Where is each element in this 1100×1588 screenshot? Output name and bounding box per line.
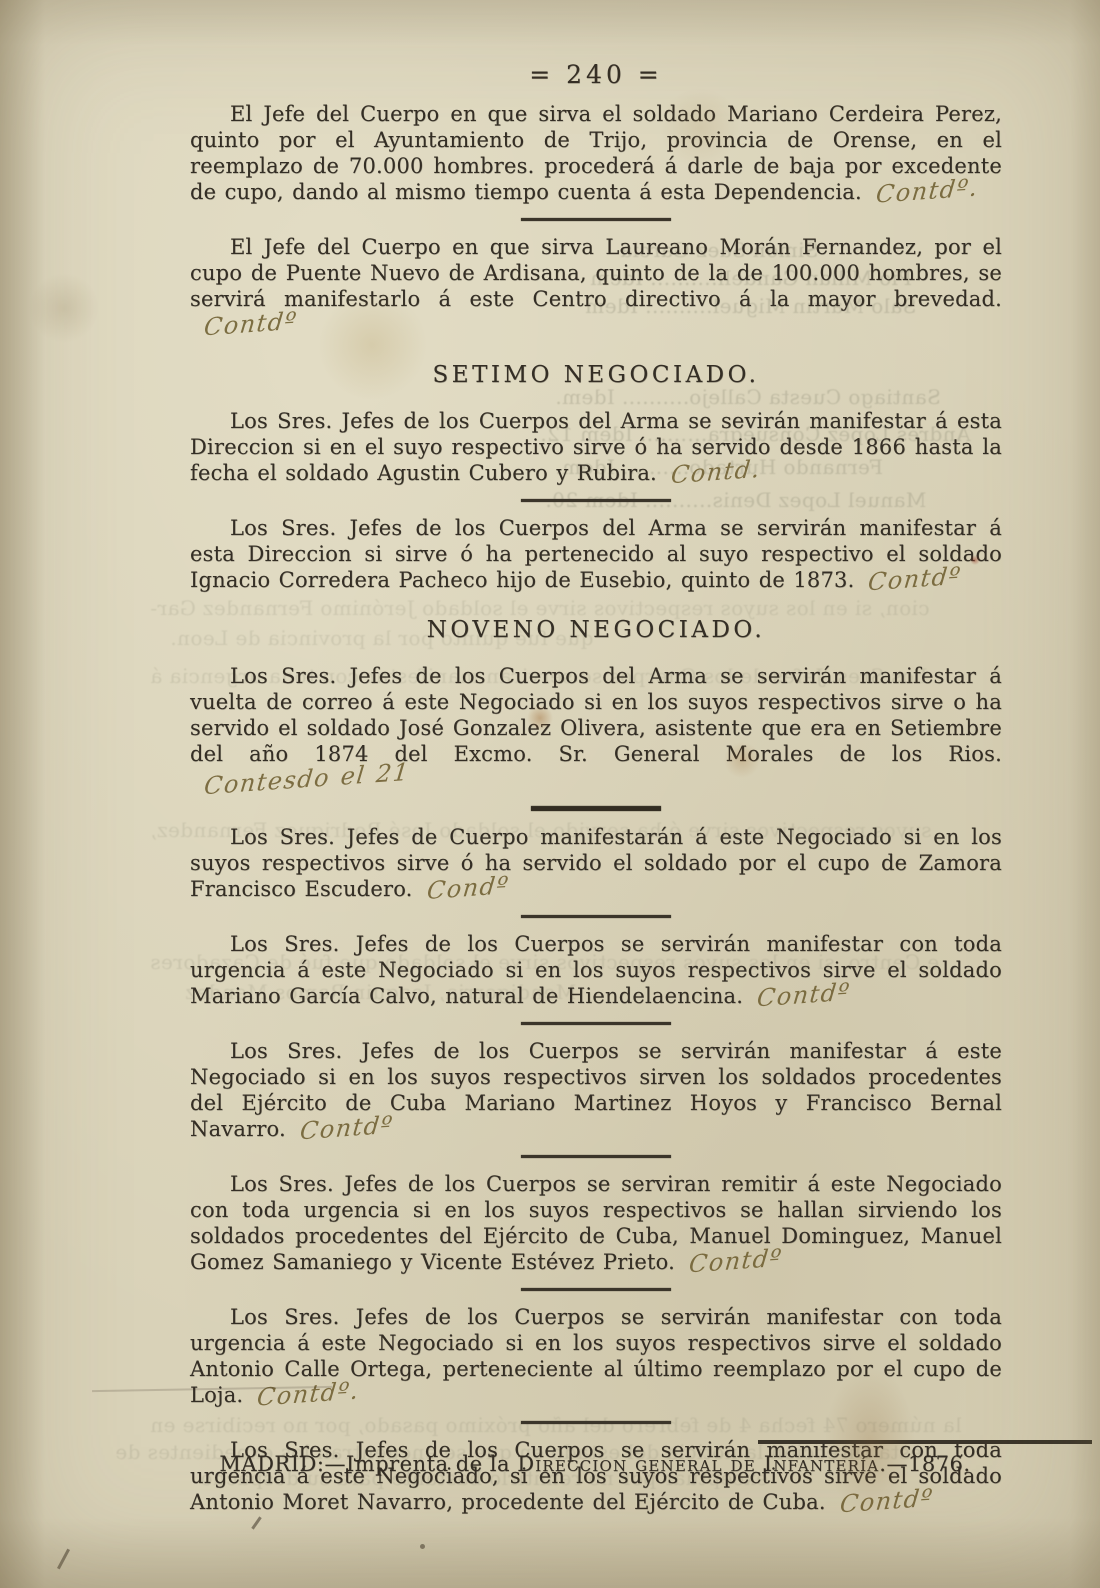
section-divider [521, 499, 671, 502]
paragraph-text: El Jefe del Cuerpo en que sirva Laureano… [190, 235, 1002, 311]
handwritten-note: Contdº [688, 1248, 783, 1275]
section-heading-setimo-negociado: SETIMO NEGOCIADO. [190, 362, 1002, 388]
paragraph-text: Los Sres. Jefes de los Cuerpos del Arma … [190, 409, 1002, 485]
handwritten-note: Contdº [839, 1488, 934, 1515]
section-divider [521, 1421, 671, 1424]
section-divider [521, 218, 671, 221]
paragraph: Los Sres. Jefes de los Cuerpos se servir… [190, 1437, 1002, 1515]
paragraph-text: Los Sres. Jefes de los Cuerpos se servir… [190, 932, 1002, 1008]
section-divider [521, 1288, 671, 1291]
paragraph: Los Sres. Jefes de los Cuerpos del Arma … [190, 515, 1002, 593]
ink-mark [57, 1549, 70, 1570]
paragraph: Los Sres. Jefes de los Cuerpos se servir… [190, 1171, 1002, 1275]
imprint-year: .—1876. [879, 1452, 970, 1476]
imprint-footer: MADRID:—Imprenta de la Direccion general… [170, 1452, 1020, 1476]
handwritten-note: Contdº [299, 1115, 394, 1142]
paragraph: Los Sres. Jefes de los Cuerpos del Arma … [190, 408, 1002, 486]
handwritten-note: Contdº [756, 982, 851, 1009]
imprint-prefix: MADRID:—Imprenta de la [219, 1452, 517, 1476]
paragraph: Los Sres. Jefes de los Cuerpos del Arma … [190, 663, 1002, 793]
section-divider [521, 915, 671, 918]
handwritten-note: Contdº [203, 311, 298, 338]
handwritten-note: Contdº. [256, 1380, 361, 1407]
section-divider [531, 806, 661, 811]
paragraph: El Jefe del Cuerpo en que sirva Laureano… [190, 234, 1002, 338]
paragraph: Los Sres. Jefes de los Cuerpos se servir… [190, 1038, 1002, 1142]
text-column: = 240 = El Jefe del Cuerpo en que sirva … [190, 60, 1002, 1515]
handwritten-note: Contdº. [875, 177, 980, 204]
ink-mark [251, 1516, 261, 1529]
paragraph-text: Los Sres. Jefes de Cuerpo manifestarán á… [190, 825, 1002, 901]
section-divider [521, 1022, 671, 1025]
page-number: = 240 = [190, 60, 1002, 89]
paragraph: Los Sres. Jefes de los Cuerpos se servir… [190, 1304, 1002, 1408]
paragraph-text: Los Sres. Jefes de los Cuerpos se servir… [190, 1172, 1002, 1274]
paragraph: Los Sres. Jefes de los Cuerpos se servir… [190, 931, 1002, 1009]
paragraph: Los Sres. Jefes de Cuerpo manifestarán á… [190, 824, 1002, 902]
paragraph: El Jefe del Cuerpo en que sirva el solda… [190, 101, 1002, 205]
handwritten-note: Contesdo el 21 [203, 762, 411, 797]
handwritten-note: Condº [426, 875, 510, 901]
scanned-document-page: Simon Saez Garcia Pio Millan Gandell....… [0, 0, 1100, 1588]
section-heading-noveno-negociado: NOVENO NEGOCIADO. [190, 617, 1002, 643]
imprint-publisher: Direccion general de Infantería [517, 1452, 879, 1476]
paragraph-text: Los Sres. Jefes de los Cuerpos del Arma … [190, 664, 1002, 766]
footer-divider [758, 1440, 1092, 1444]
ink-mark [420, 1544, 425, 1549]
section-divider [521, 1155, 671, 1158]
handwritten-note: Contdº [868, 566, 963, 593]
handwritten-note: Contd. [670, 459, 762, 485]
